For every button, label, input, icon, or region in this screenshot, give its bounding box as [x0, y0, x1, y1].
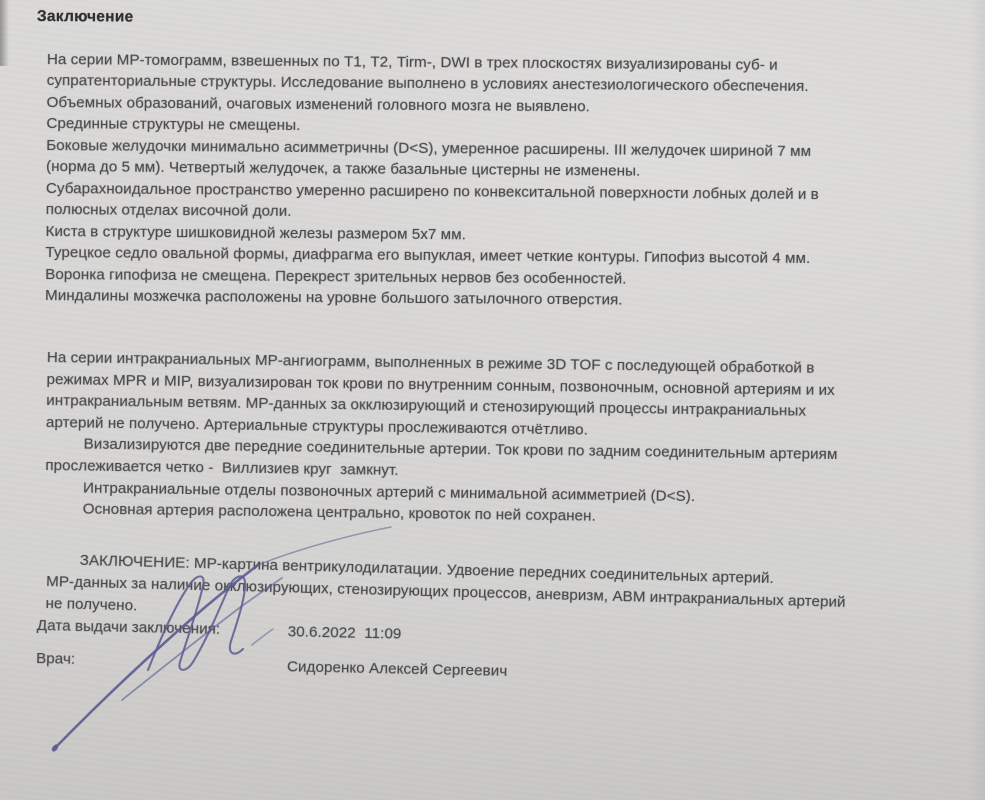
angiogram-paragraph: На серии интракраниальных МР-ангиограмм,…	[45, 347, 975, 533]
report-title: Заключение	[37, 8, 134, 27]
doctor-label: Врач:	[36, 650, 75, 668]
doctor-name: Сидоренко Алексей Сергеевич	[287, 658, 508, 680]
issue-date-label: Дата выдачи заключения:	[37, 617, 221, 638]
scanned-report-photo: { "page": { "title": "Заключение" }, "bl…	[0, 0, 985, 800]
photo-edge-shadow	[0, 0, 9, 66]
findings-paragraph: На серии МР-томограмм, взвешенных по Т1,…	[45, 49, 975, 314]
issue-date-value: 30.6.2022 11:09	[288, 623, 402, 642]
